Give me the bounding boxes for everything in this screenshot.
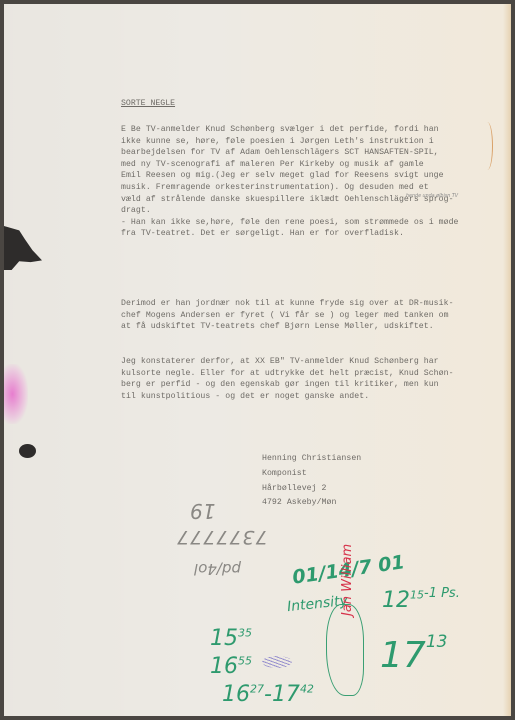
text-line: Henning Christiansen — [262, 452, 361, 467]
ink-dot — [19, 444, 36, 458]
blue-scribble — [262, 656, 292, 668]
margin-bracket — [482, 122, 493, 170]
text-line: Jeg konstaterer derfor, at XX EB" TV-anm… — [121, 356, 454, 368]
pink-marker-smear — [4, 364, 28, 424]
handwritten-time-entry: 1627-1742 — [222, 682, 314, 707]
text-line: chef Mogens Andersen er fyret ( Vi får s… — [121, 310, 454, 322]
red-handwritten-name: Jan William — [340, 544, 355, 616]
paper-edge — [503, 4, 511, 716]
text-line: Derimod er han jordnær nok til at kunne … — [121, 298, 454, 310]
text-line: bearbejdelsen for TV af Adam Oehlenschlä… — [121, 147, 459, 159]
text-line: musik. Fremragende orkesterinstrumentati… — [121, 182, 459, 194]
paragraph-2: Derimod er han jordnær nok til at kunne … — [121, 298, 454, 333]
paragraph-1: E Be TV-anmelder Knud Schønberg svælger … — [121, 124, 459, 240]
text-line: berg er perfid - og den egenskab gør ing… — [121, 379, 454, 391]
text-line: Komponist — [262, 467, 361, 482]
text-line: Hårbøllevej 2 — [262, 482, 361, 497]
ink-stain — [4, 226, 42, 270]
green-loop-mark — [326, 604, 364, 696]
text-line: at få udskiftet TV-teatrets chef Bjørn L… — [121, 321, 454, 333]
text-line: dragt. — [121, 205, 459, 217]
text-line: kulsorte negle. Eller for at udtrykke de… — [121, 368, 454, 380]
text-line: Emil Reesen og mig.(Jeg er selv meget gl… — [121, 170, 459, 182]
signature-block: Henning ChristiansenKomponistHårbøllevej… — [262, 452, 361, 511]
document-title: SORTE NEGLE — [121, 99, 175, 108]
handwritten-time-entry: 1535 — [210, 626, 252, 651]
text-line: - Han kan ikke se,høre, føle den rene po… — [121, 217, 459, 229]
handwritten-time-entry: 1655 — [210, 654, 252, 679]
text-line: med ny TV-scenografi af maleren Per Kirk… — [121, 159, 459, 171]
handwritten-range: -1 Ps. — [424, 586, 460, 601]
margin-note: hende unda ølbisn TV — [406, 194, 458, 199]
pencil-note-2: 7377777 — [176, 526, 268, 548]
document-page: SORTE NEGLE E Be TV-anmelder Knud Schønb… — [4, 4, 511, 716]
text-line: ikke kunne se, høre, føle poesien i Jørg… — [121, 136, 459, 148]
text-line: 4792 Askeby/Møn — [262, 496, 361, 511]
handwritten-time-1: 1215 — [382, 588, 424, 613]
pencil-note-3: pd/4ol — [194, 560, 241, 578]
text-line: fra TV-teatret. Det er sørgeligt. Han er… — [121, 228, 459, 240]
pencil-note-1: 19 — [190, 499, 215, 523]
text-line: til kunstpolitious - og det er noget gan… — [121, 391, 454, 403]
paragraph-3: Jeg konstaterer derfor, at XX EB" TV-anm… — [121, 356, 454, 402]
text-line: E Be TV-anmelder Knud Schønberg svælger … — [121, 124, 459, 136]
handwritten-time-2: 1713 — [380, 632, 447, 676]
